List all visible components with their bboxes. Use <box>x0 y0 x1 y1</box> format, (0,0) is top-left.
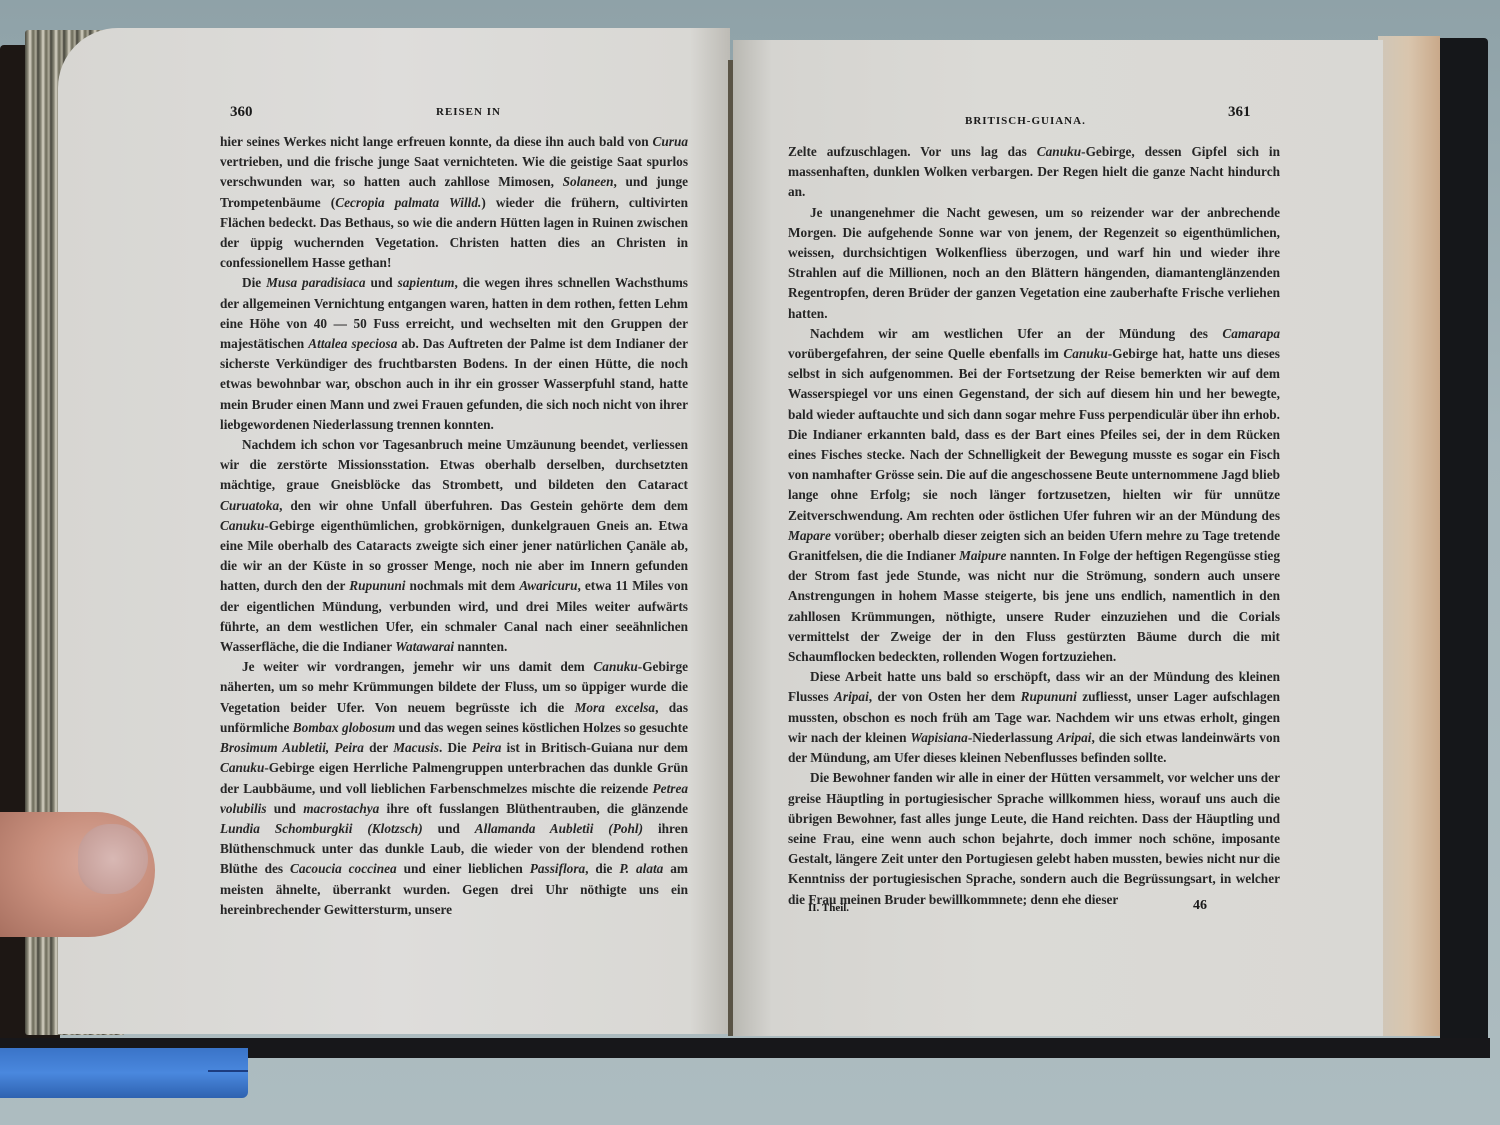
italic-term: Lundia Schomburgkii (Klotzsch) <box>220 821 423 836</box>
paragraph: Je weiter wir vordrangen, jemehr wir uns… <box>220 657 688 920</box>
left-page-number: 360 <box>230 104 253 121</box>
paragraph: Nachdem ich schon vor Tagesanbruch meine… <box>220 435 688 657</box>
italic-term: Canuku <box>220 518 264 533</box>
text-run: nannten. <box>454 639 507 654</box>
italic-term: Cecropia palmata Willd. <box>335 195 481 210</box>
italic-term: Brosimum Aubletii, Peira <box>220 740 364 755</box>
text-run: Nachdem wir am westlichen Ufer an der Mü… <box>810 326 1222 341</box>
text-run: Je weiter wir vordrangen, jemehr wir uns… <box>242 659 593 674</box>
text-run: -Gebirge eigen Herrliche Palmengruppen u… <box>220 760 688 795</box>
right-page-number: 361 <box>1228 104 1251 121</box>
right-running-head: BRITISCH-GUIANA. <box>965 115 1086 127</box>
paragraph: Nachdem wir am westlichen Ufer an der Mü… <box>788 324 1280 667</box>
italic-term: Mora excelsa <box>575 700 656 715</box>
text-run: und <box>267 801 304 816</box>
text-run: Nachdem ich schon vor Tagesanbruch meine… <box>220 437 688 492</box>
text-run: und das wegen seines köstlichen Holzes s… <box>395 720 688 735</box>
italic-term: Curua <box>653 134 688 149</box>
italic-term: Canuku <box>1037 144 1081 159</box>
left-running-head: REISEN IN <box>436 106 501 118</box>
blue-bookmark <box>0 1048 248 1098</box>
book-cover-right <box>1440 38 1488 1056</box>
bookmark-stripe <box>208 1070 248 1072</box>
text-run: , der von Osten her dem <box>869 689 1021 704</box>
italic-term: Camarapa <box>1222 326 1280 341</box>
italic-term: Macusis <box>393 740 439 755</box>
paragraph: Die Musa paradisiaca und sapientum, die … <box>220 273 688 435</box>
italic-term: Musa paradisiaca <box>266 275 365 290</box>
paragraph: Diese Arbeit hatte uns bald so erschöpft… <box>788 667 1280 768</box>
signature-mark: II. Theil. <box>808 902 849 914</box>
text-run: -Niederlassung <box>968 730 1057 745</box>
text-run: . Die <box>439 740 472 755</box>
paragraph: Je unangenehmer die Nacht gewesen, um so… <box>788 203 1280 324</box>
text-run: und <box>366 275 398 290</box>
italic-term: Aripai <box>834 689 869 704</box>
italic-term: Wapisiana <box>910 730 967 745</box>
text-run: nochmals mit dem <box>405 578 519 593</box>
text-run: Je unangenehmer die Nacht gewesen, um so… <box>788 205 1280 321</box>
italic-term: Peira <box>472 740 502 755</box>
italic-term: Canuku <box>220 760 264 775</box>
left-page: 360 REISEN IN hier seines Werkes nicht l… <box>58 28 730 1034</box>
italic-term: P. alata <box>619 861 663 876</box>
paragraph: Die Bewohner fanden wir alle in einer de… <box>788 768 1280 909</box>
italic-term: Canuku <box>1063 346 1107 361</box>
italic-term: Allamanda Aubletii (Pohl) <box>475 821 643 836</box>
italic-term: Mapare <box>788 528 831 543</box>
left-page-text: hier seines Werkes nicht lange erfreuen … <box>220 132 688 920</box>
italic-term: Canuku <box>593 659 637 674</box>
italic-term: Aripai <box>1057 730 1092 745</box>
text-run: hier seines Werkes nicht lange erfreuen … <box>220 134 653 149</box>
page-stack-right <box>1378 36 1440 1036</box>
text-run: Die <box>242 275 266 290</box>
text-run: Zelte aufzuschlagen. Vor uns lag das <box>788 144 1037 159</box>
italic-term: Solaneen <box>563 174 614 189</box>
italic-term: sapientum <box>398 275 455 290</box>
italic-term: macrostachya <box>303 801 379 816</box>
paragraph: Zelte aufzuschlagen. Vor uns lag das Can… <box>788 142 1280 203</box>
text-run: vorübergefahren, der seine Quelle ebenfa… <box>788 346 1063 361</box>
italic-term: Rupununi <box>349 578 405 593</box>
right-page: BRITISCH-GUIANA. 361 Zelte aufzuschlagen… <box>733 40 1383 1036</box>
text-run: Die Bewohner fanden wir alle in einer de… <box>788 770 1280 906</box>
italic-term: Watawarai <box>395 639 454 654</box>
italic-term: Curuatoka <box>220 498 279 513</box>
text-run: , die <box>585 861 619 876</box>
right-page-text: Zelte aufzuschlagen. Vor uns lag das Can… <box>788 142 1280 910</box>
paragraph: hier seines Werkes nicht lange erfreuen … <box>220 132 688 273</box>
text-run: ist in Britisch-Guiana nur dem <box>501 740 688 755</box>
italic-term: Bombax globosum <box>293 720 395 735</box>
text-run: und <box>423 821 475 836</box>
text-run: nannten. In Folge der heftigen Regengüss… <box>788 548 1280 664</box>
text-run: der <box>364 740 393 755</box>
italic-term: Cacoucia coccinea <box>290 861 397 876</box>
italic-term: Rupununi <box>1021 689 1077 704</box>
text-run: ihre oft fusslangen Blüthentrauben, die … <box>379 801 688 816</box>
italic-term: Attalea speciosa <box>308 336 397 351</box>
text-run: und einer lieblichen <box>397 861 530 876</box>
thumbnail <box>78 824 148 894</box>
text-run: , den wir ohne Unfall überfuhren. Das Ge… <box>279 498 688 513</box>
signature-number: 46 <box>1193 898 1207 914</box>
text-run: -Gebirge hat, hatte uns dieses selbst in… <box>788 346 1280 523</box>
italic-term: Awaricuru <box>519 578 577 593</box>
italic-term: Passiflora <box>530 861 585 876</box>
italic-term: Maipure <box>959 548 1006 563</box>
